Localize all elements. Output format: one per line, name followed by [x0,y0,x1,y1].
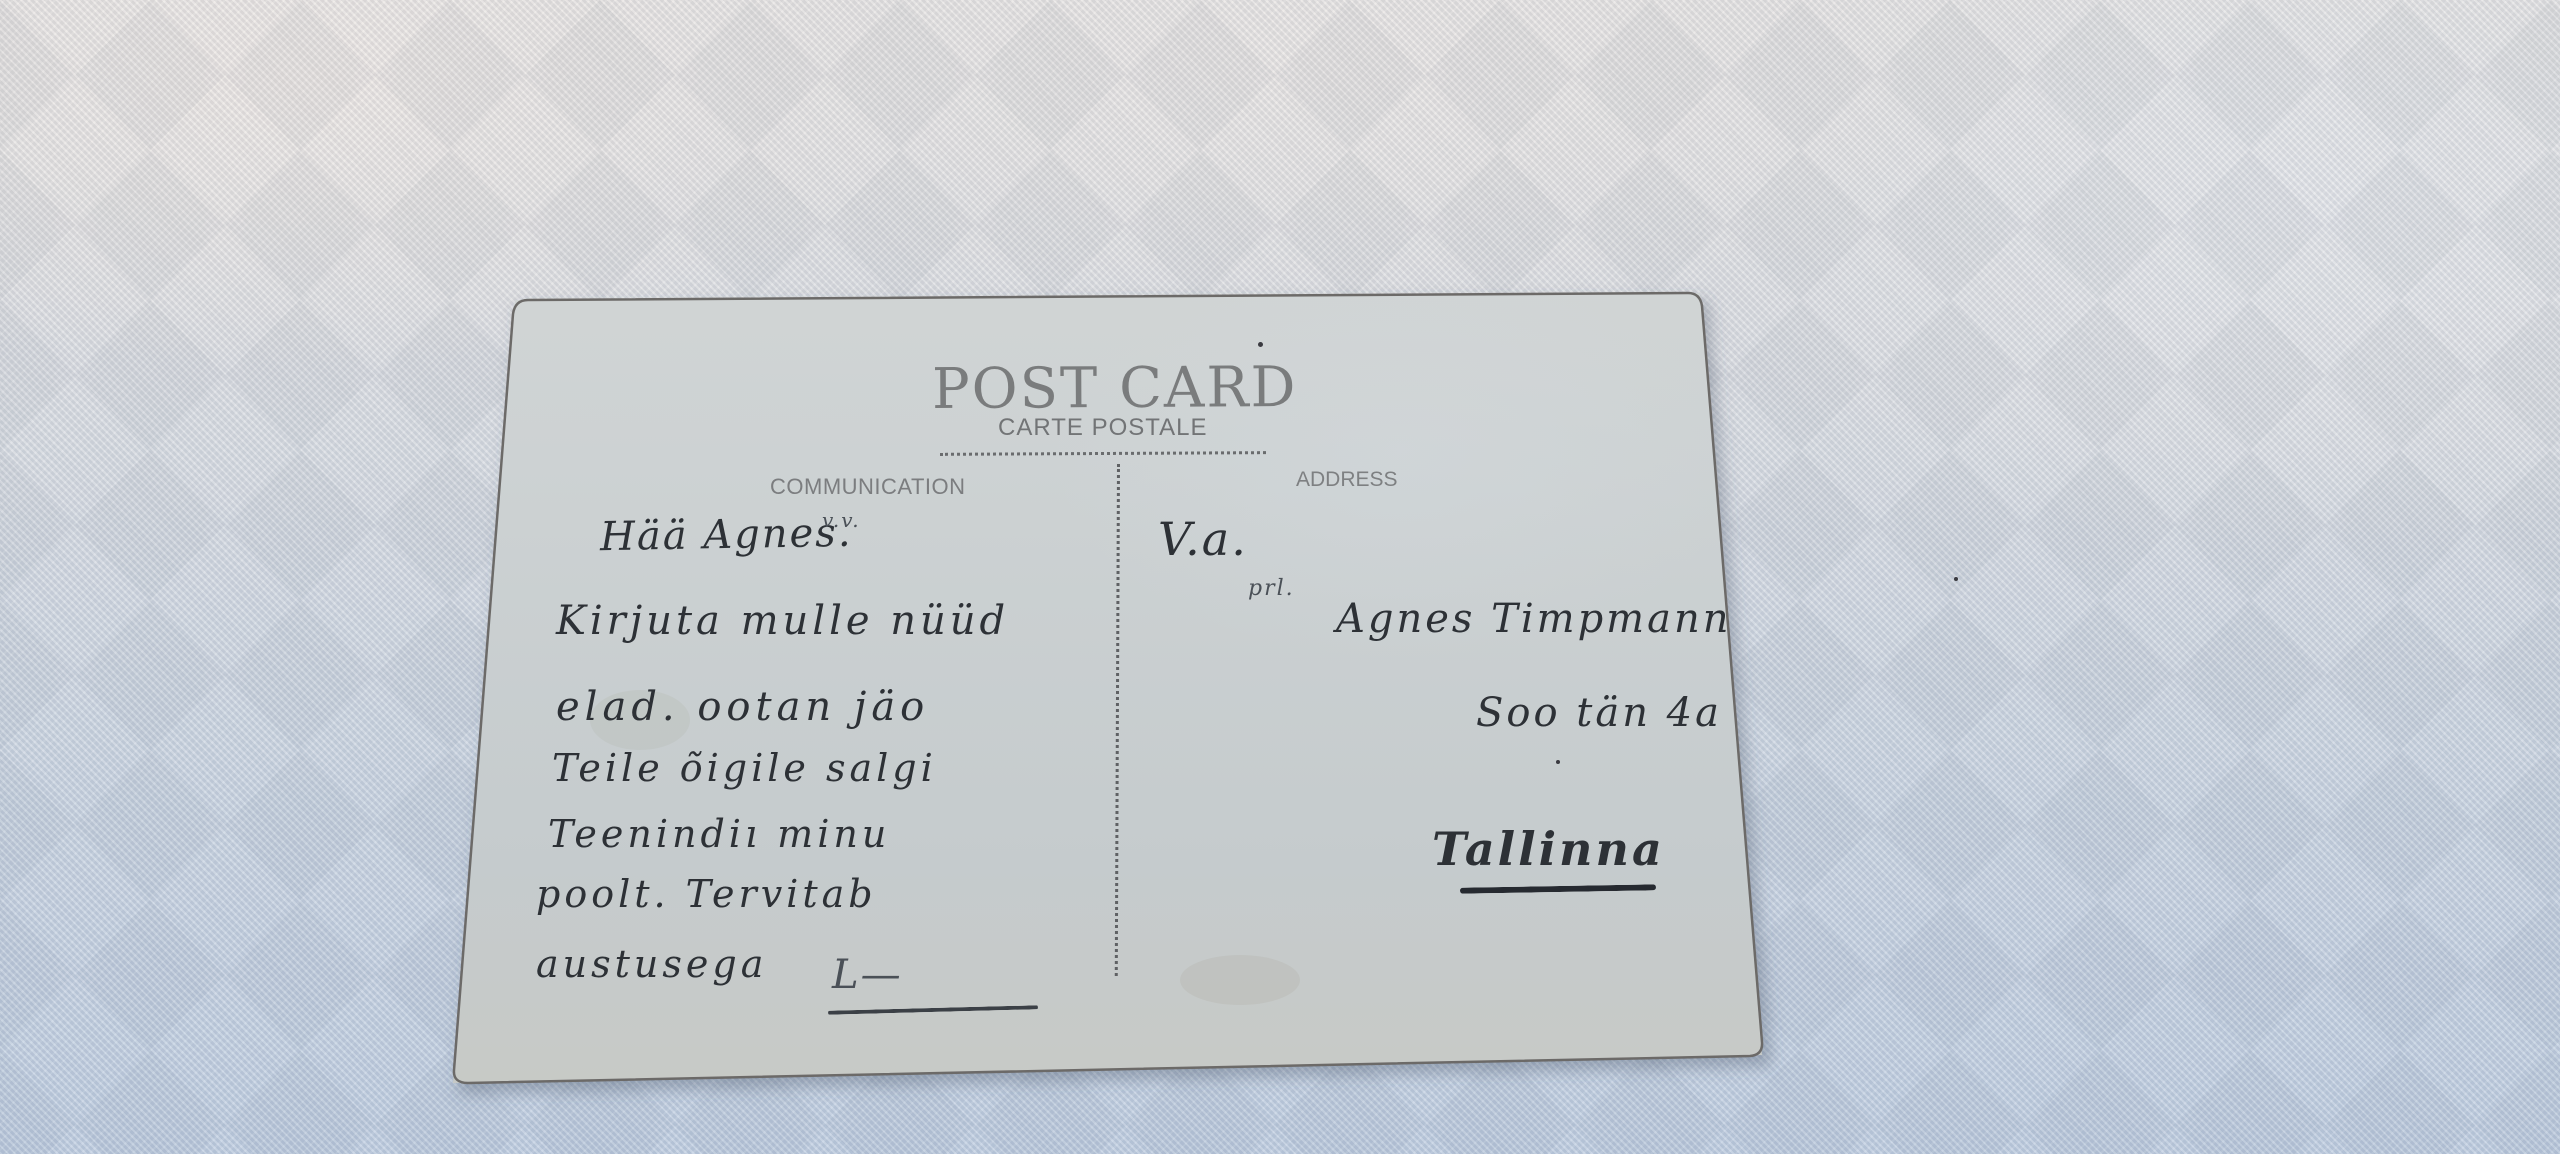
postcard-title: POST CARD [932,355,1298,422]
postcard-subtitle: CARTE POSTALE [998,414,1208,442]
message-line: Teile õigile salgi [552,746,937,790]
message-line: poolt. Tervitab [536,872,877,916]
message-line: Kirjuta mulle nüüd [556,598,1009,644]
message-line: Teenindiı minu [548,812,890,856]
address-heading: ADDRESS [1296,468,1398,492]
dust-speck [1556,760,1560,764]
message-signature: L— [832,952,903,998]
address-recipient: Agnes Timpmann [1336,596,1731,642]
address-street: Soo tän 4a [1476,690,1722,736]
address-city: Tallinna [1432,822,1665,876]
communication-heading: COMMUNICATION [770,474,966,500]
address-honorific: prl. [1248,576,1295,601]
city-underline [1460,884,1656,893]
center-divider-line [1115,464,1120,976]
header-dotted-rule [940,451,1266,456]
postcard-content: POST CARD CARTE POSTALE COMMUNICATION AD… [0,0,2560,1154]
dust-speck [1954,577,1958,581]
message-line: austusega [536,942,767,986]
message-greeting-note: v.v. [822,508,861,532]
signature-underline [828,1005,1038,1014]
dust-speck [1258,342,1263,347]
message-line: elad. ootan jäo [556,684,929,730]
address-prefix: V.a. [1158,512,1248,566]
message-greeting: Hää Agnes. [600,510,853,560]
photo-scene: POST CARD CARTE POSTALE COMMUNICATION AD… [0,0,2560,1154]
